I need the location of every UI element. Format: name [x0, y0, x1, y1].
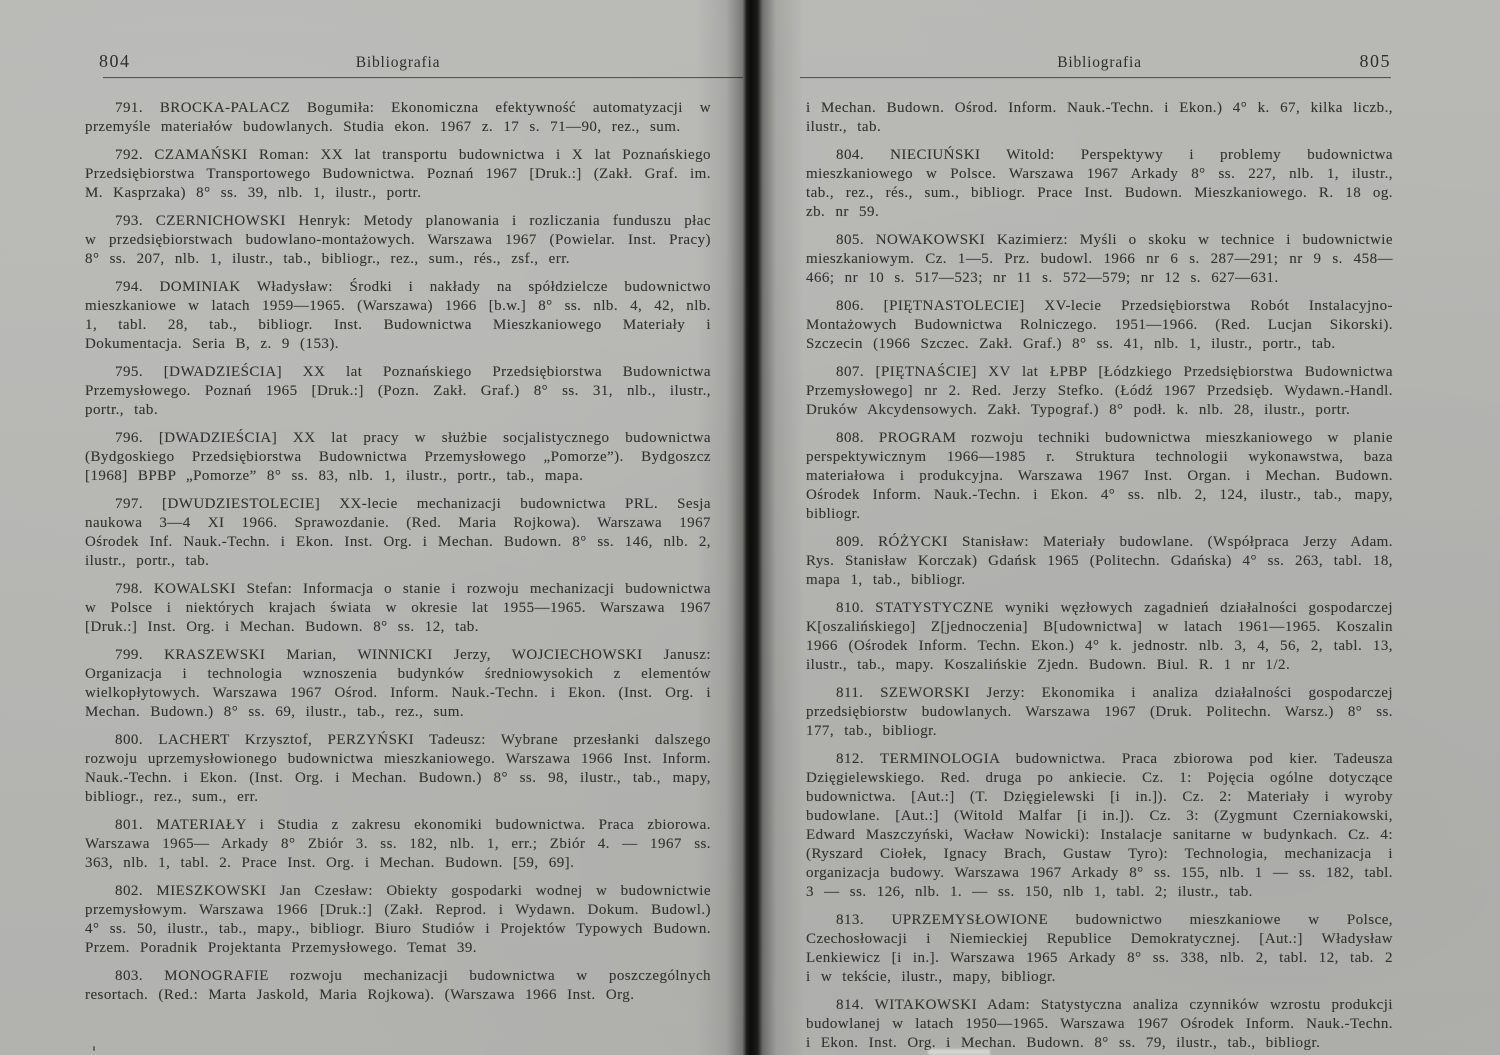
bibliography-entries-right: i Mechan. Budown. Ośrod. Inform. Nauk.-T… — [806, 99, 1393, 1053]
bibliography-entry: 810. STATYSTYCZNE wyniki węzłowych zagad… — [806, 599, 1393, 675]
bibliography-entry: 802. MIESZKOWSKI Jan Czesław: Obiekty go… — [85, 882, 711, 958]
bibliography-entry: 797. [DWUDZIESTOLECIE] XX-lecie mechaniz… — [85, 495, 711, 571]
scan-artifact — [93, 1046, 95, 1051]
bibliography-entry: 801. MATERIAŁY i Studia z zakresu ekonom… — [85, 816, 711, 873]
bibliography-entry: 795. [DWADZIEŚCIA] XX lat Poznańskiego P… — [85, 363, 711, 420]
bibliography-entry: 804. NIECIUŃSKI Witold: Perspektywy i pr… — [806, 146, 1393, 222]
bibliography-entry: 803. MONOGRAFIE rozwoju mechanizacji bud… — [85, 967, 711, 1005]
bibliography-entry: 813. UPRZEMYSŁOWIONE budownictwo mieszka… — [806, 911, 1393, 987]
bibliography-entry: 798. KOWALSKI Stefan: Informacja o stani… — [85, 580, 711, 637]
running-title: Bibliografia — [85, 54, 711, 72]
bibliography-entry: 808. PROGRAM rozwoju techniki budownictw… — [806, 429, 1393, 524]
bibliography-entry: 796. [DWADZIEŚCIA] XX lat pracy w służbi… — [85, 429, 711, 486]
bibliography-entry: 809. RÓŻYCKI Stanisław: Materiały budowl… — [806, 533, 1393, 590]
header-rule — [103, 77, 743, 78]
bibliography-entry: 791. BROCKA-PALACZ Bogumiła: Ekonomiczna… — [85, 99, 711, 137]
running-title: Bibliografia — [806, 54, 1393, 72]
bibliography-entry: 814. WITAKOWSKI Adam: Statystyczna anali… — [806, 996, 1393, 1053]
bibliography-entry: 800. LACHERT Krzysztof, PERZYŃSKI Tadeus… — [85, 731, 711, 807]
page-804: 804 Bibliografia 791. BROCKA-PALACZ Bogu… — [85, 50, 711, 1014]
page-number: 805 — [1360, 51, 1392, 72]
bibliography-entry: 793. CZERNICHOWSKI Henryk: Metody planow… — [85, 212, 711, 269]
book-gutter-shadow — [696, 0, 804, 1055]
bibliography-entry: 794. DOMINIAK Władysław: Środki i nakład… — [85, 278, 711, 354]
bibliography-entry: 806. [PIĘTNASTOLECIE] XV-lecie Przedsięb… — [806, 297, 1393, 354]
bibliography-entry: 799. KRASZEWSKI Marian, WINNICKI Jerzy, … — [85, 646, 711, 722]
page-header-right: Bibliografia 805 — [806, 50, 1393, 77]
header-rule — [800, 77, 1391, 78]
bibliography-entry: 811. SZEWORSKI Jerzy: Ekonomika i analiz… — [806, 684, 1393, 741]
bibliography-entry: 807. [PIĘTNAŚCIE] XV lat ŁPBP [Łódzkiego… — [806, 363, 1393, 420]
scan-artifact — [928, 1049, 990, 1055]
bibliography-entry: 792. CZAMAŃSKI Roman: XX lat transportu … — [85, 146, 711, 203]
bibliography-entry: 805. NOWAKOWSKI Kazimierz: Myśli o skoku… — [806, 231, 1393, 288]
bibliography-entry: 812. TERMINOLOGIA budownictwa. Praca zbi… — [806, 750, 1393, 902]
book-spread: 804 Bibliografia 791. BROCKA-PALACZ Bogu… — [0, 0, 1500, 1055]
page-header-left: 804 Bibliografia — [85, 50, 711, 77]
bibliography-entry: i Mechan. Budown. Ośrod. Inform. Nauk.-T… — [806, 99, 1393, 137]
bibliography-entries-left: 791. BROCKA-PALACZ Bogumiła: Ekonomiczna… — [85, 99, 711, 1005]
page-805: Bibliografia 805 i Mechan. Budown. Ośrod… — [806, 50, 1393, 1055]
